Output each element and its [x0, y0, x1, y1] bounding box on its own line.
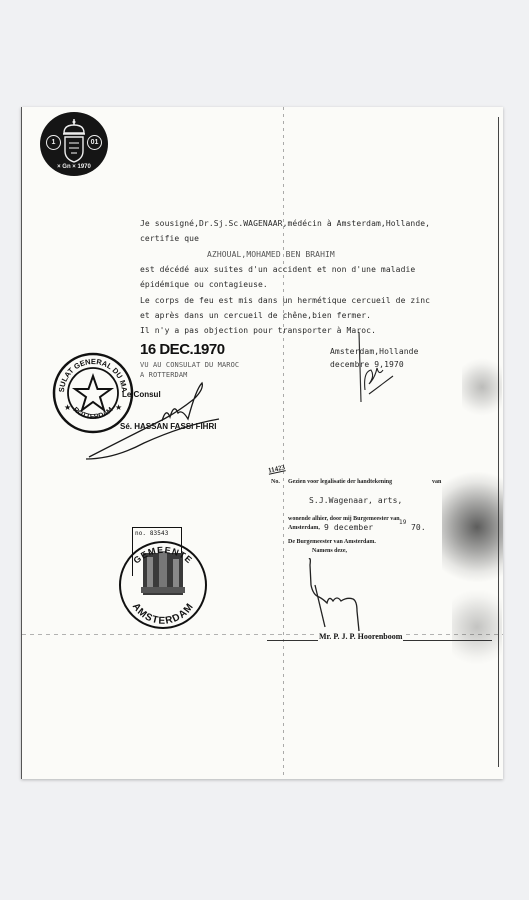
tax-stamp-seal: 1 01 × Gn × 1970 — [40, 112, 108, 176]
fold-line-horizontal — [22, 634, 503, 635]
legalisation-name: S.J.Wagenaar, arts, — [309, 496, 402, 505]
legalisation-date: 9 december — [324, 523, 373, 532]
scan-smudge — [442, 467, 503, 587]
consulate-date-stamp: 16 DEC.1970 — [140, 341, 225, 358]
legalisation-no-prefix: No. — [271, 479, 280, 485]
consul-signature — [84, 379, 224, 464]
deceased-name: AZHOUAL,MOHAMED BEN BRAHIM — [207, 250, 335, 259]
mayor-signatory: Mr. P. J. P. Hoorenboom — [318, 632, 403, 641]
legalisation-line-5: De Burgemeester van Amsterdam. — [288, 539, 376, 545]
fold-line-vertical — [283, 107, 284, 779]
legalisation-line-6: Namens deze, — [312, 548, 347, 554]
scanned-document-page: 1 01 × Gn × 1970 Je sousigné,Dr.Sj.Sc.WA… — [21, 107, 503, 779]
body-line-4: est décédé aux suites d'un accident et n… — [140, 265, 415, 274]
mayor-signature — [307, 555, 377, 635]
svg-text:AMSTERDAM: AMSTERDAM — [130, 601, 196, 627]
tax-stamp-year: × Gn × 1970 — [40, 164, 108, 170]
scan-smudge — [452, 587, 502, 667]
body-line-6: Le corps de feu est mis dans un hermétiq… — [140, 296, 430, 305]
legalisation-line-3: wonende alhier, door mij Burgemeester va… — [288, 516, 400, 522]
body-line-7: et après dans un cercueil de chêne,bien … — [140, 311, 371, 320]
body-line-1: Je sousigné,Dr.Sj.Sc.WAGENAAR,médécin à … — [140, 219, 430, 228]
body-line-8: Il n'y a pas objection pour transporter … — [140, 326, 376, 335]
tax-stamp-right-value: 01 — [87, 135, 102, 150]
legalisation-year-prefix: 19 — [399, 519, 406, 526]
body-line-2: certifie que — [140, 234, 199, 243]
legalisation-year: 70. — [411, 523, 426, 532]
scan-smudge — [462, 357, 502, 417]
legalisation-line-1: Gezien voor legalisatie der handtekening — [288, 479, 392, 485]
page-edge-right — [498, 117, 499, 767]
gemeente-stamp-number: no. 83543 — [135, 530, 168, 537]
legalisation-line-1-end: van — [432, 479, 441, 485]
gemeente-amsterdam-seal: GEMEENTE AMSTERDAM — [117, 539, 209, 631]
svg-text:★: ★ — [64, 403, 71, 412]
doctor-signature — [357, 332, 397, 407]
tax-stamp-left-value: 1 — [46, 135, 61, 150]
legalisation-line-4-prefix: Amsterdam, — [288, 525, 320, 531]
consulate-vu-line-1: VU AU CONSULAT DU MAROC — [140, 361, 239, 369]
body-line-5: épidémique ou contagieuse. — [140, 280, 268, 289]
consulate-vu-line-2: A ROTTERDAM — [140, 371, 187, 379]
